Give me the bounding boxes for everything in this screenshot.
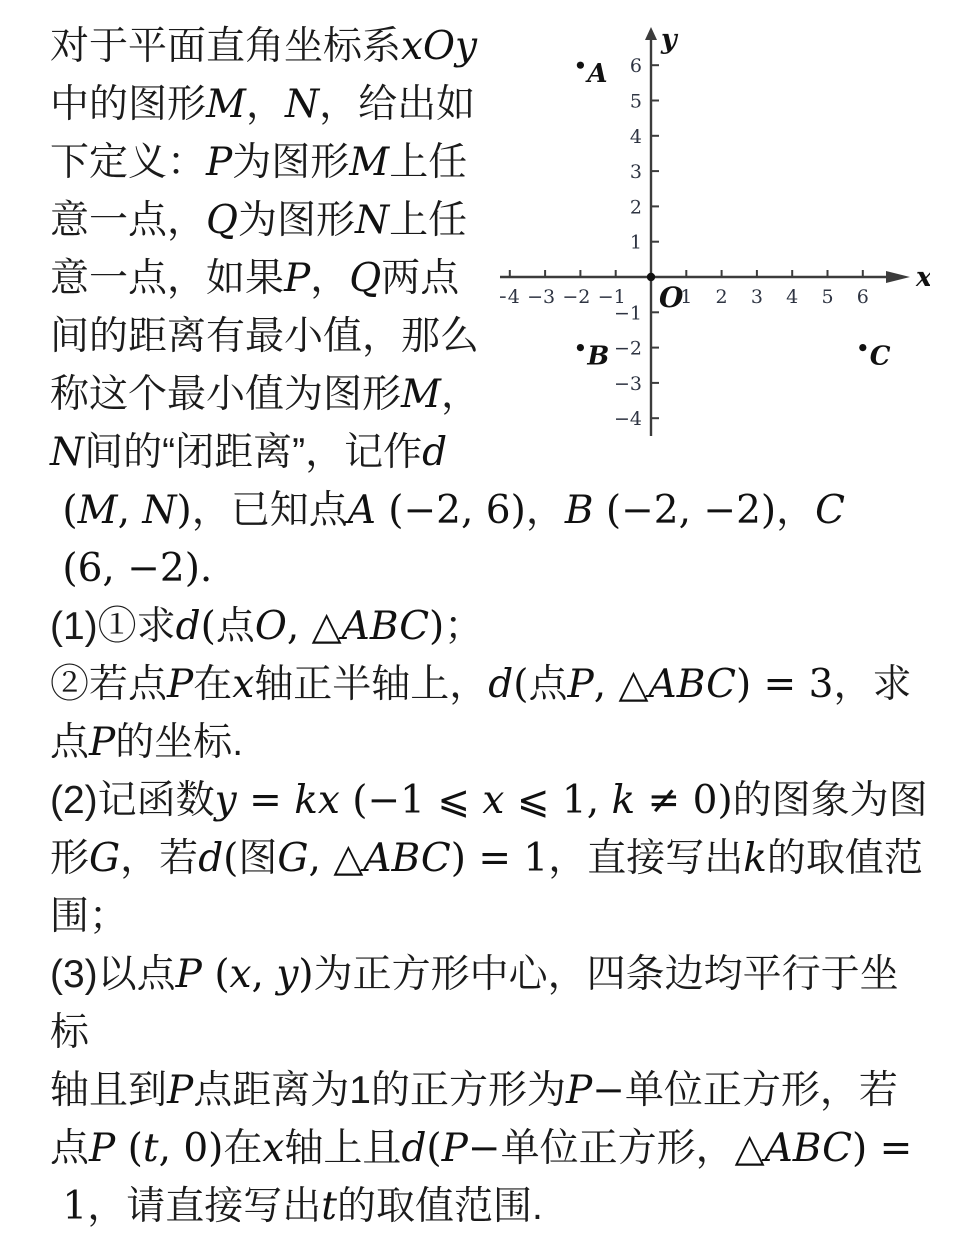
point-dot-B bbox=[577, 344, 584, 351]
y-tick-label-5: 5 bbox=[630, 91, 642, 113]
text-segment: = bbox=[237, 778, 294, 823]
text-segment: ， bbox=[441, 373, 480, 416]
y-axis-arrow bbox=[645, 27, 657, 40]
text-segment: ⩽ 1, bbox=[504, 778, 611, 823]
text-segment: Q bbox=[349, 256, 381, 301]
text-segment: P bbox=[89, 720, 115, 765]
text-segment: 下定义： bbox=[50, 141, 206, 184]
text-segment: ②若点 bbox=[50, 663, 167, 706]
text-segment: ，若 bbox=[120, 837, 198, 880]
text-segment: 两点 bbox=[381, 257, 459, 300]
text-segment: ≠ 0) bbox=[635, 778, 733, 823]
text-segment: , 0) bbox=[159, 1126, 224, 1171]
x-tick-label-4: 4 bbox=[786, 286, 798, 308]
text-segment: P bbox=[568, 662, 594, 707]
text-segment: , △ bbox=[309, 836, 364, 881]
text-segment: kx bbox=[294, 778, 340, 823]
problem-page: xyO−4−3−2−1123456−4−3−2−1123456ABC 对于平面直… bbox=[0, 0, 960, 1246]
text-segment: ， bbox=[776, 489, 815, 532]
text-segment: (3)以点 bbox=[50, 953, 176, 996]
text-segment: ( bbox=[115, 1126, 143, 1171]
text-line-11: (1)①求d(点O, △ABC)； bbox=[50, 598, 935, 656]
text-line-13: 点P的坐标. bbox=[50, 714, 935, 772]
text-segment: M bbox=[401, 372, 441, 417]
text-segment: ( bbox=[202, 952, 230, 997]
text-segment: , bbox=[252, 952, 277, 997]
text-segment: x bbox=[230, 952, 252, 997]
y-tick-label--4: −4 bbox=[614, 408, 642, 430]
text-segment: ，请直接写出 bbox=[87, 1185, 321, 1228]
text-segment: (6, −2). bbox=[50, 546, 212, 591]
text-line-17: (3)以点P (x, y)为正方形中心，四条边均平行于坐标 bbox=[50, 946, 935, 1062]
text-segment: ) = 1 bbox=[451, 836, 549, 881]
text-segment: 的图象为图 bbox=[733, 779, 928, 822]
text-segment: 1 bbox=[50, 1184, 87, 1229]
text-segment: P bbox=[167, 662, 193, 707]
text-segment: P bbox=[176, 952, 202, 997]
text-line-16: 围； bbox=[50, 888, 935, 946]
text-segment: 对于平面直角坐标系 bbox=[50, 25, 401, 68]
text-segment: , △ bbox=[287, 604, 342, 649]
text-segment: ( bbox=[50, 488, 78, 533]
point-label-B: B bbox=[586, 342, 609, 372]
text-segment: N bbox=[50, 430, 84, 475]
text-segment: d bbox=[401, 1126, 426, 1171]
text-segment: (−2, 6) bbox=[376, 488, 526, 533]
text-segment: △ bbox=[735, 1126, 765, 1171]
text-segment: N bbox=[142, 488, 176, 533]
text-segment: (2)记函数 bbox=[50, 779, 215, 822]
text-segment: 单位正方形， bbox=[501, 1127, 735, 1170]
text-segment: 形 bbox=[50, 837, 89, 880]
y-tick-label-4: 4 bbox=[630, 126, 642, 148]
y-tick-label-2: 2 bbox=[630, 196, 642, 218]
text-segment: 在 bbox=[193, 663, 232, 706]
text-segment: P bbox=[167, 1068, 193, 1113]
text-segment: P bbox=[206, 140, 232, 185]
text-segment: ，已知点 bbox=[192, 489, 348, 532]
text-segment: B bbox=[565, 488, 594, 533]
y-tick-label-3: 3 bbox=[630, 161, 642, 183]
x-axis-label: x bbox=[915, 262, 930, 293]
text-segment: − bbox=[592, 1068, 625, 1113]
text-segment: k bbox=[612, 778, 636, 823]
text-segment: k bbox=[743, 836, 767, 881]
text-segment: x bbox=[262, 1126, 284, 1171]
text-segment: 点 bbox=[50, 721, 89, 764]
text-segment: ，直接写出 bbox=[548, 837, 743, 880]
text-segment: 围； bbox=[50, 895, 128, 938]
x-tick-label-3: 3 bbox=[751, 286, 763, 308]
text-segment: d bbox=[422, 430, 447, 475]
text-segment: ABC bbox=[765, 1126, 852, 1171]
text-line-9: (M, N)，已知点A (−2, 6)，B (−2, −2)，C bbox=[50, 482, 935, 540]
text-segment: − bbox=[468, 1126, 501, 1171]
text-segment: 称这个最小值为图形 bbox=[50, 373, 401, 416]
text-segment: 中的图形 bbox=[50, 83, 206, 126]
origin-dot bbox=[647, 273, 655, 281]
text-line-14: (2)记函数y = kx (−1 ⩽ x ⩽ 1, k ≠ 0)的图象为图 bbox=[50, 772, 935, 830]
text-segment: 的取值范围. bbox=[337, 1185, 543, 1228]
text-segment: , bbox=[118, 488, 143, 533]
text-segment: 轴且到 bbox=[50, 1069, 167, 1112]
text-line-12: ②若点P在x轴正半轴上，d(点P, △ABC) = 3，求 bbox=[50, 656, 935, 714]
text-segment: xOy bbox=[401, 24, 477, 69]
x-axis-arrow bbox=[886, 271, 910, 283]
y-tick-label-1: 1 bbox=[630, 232, 642, 254]
text-segment: (−2, −2) bbox=[594, 488, 777, 533]
text-segment: 单位正方形，若 bbox=[625, 1069, 898, 1112]
text-segment: G bbox=[89, 836, 120, 881]
text-segment: 轴上且 bbox=[284, 1127, 401, 1170]
text-segment: ) bbox=[429, 604, 444, 649]
x-tick-label-6: 6 bbox=[857, 286, 869, 308]
text-segment: ， bbox=[526, 489, 565, 532]
text-segment: N bbox=[285, 82, 319, 127]
text-segment: ABC bbox=[649, 662, 736, 707]
text-segment: N bbox=[355, 198, 389, 243]
text-segment: y bbox=[276, 952, 298, 997]
point-dot-A bbox=[577, 62, 584, 69]
text-segment: ) bbox=[176, 488, 191, 533]
text-segment: P bbox=[284, 256, 310, 301]
text-segment: 点 bbox=[216, 605, 255, 648]
y-tick-label--1: −1 bbox=[614, 302, 642, 324]
x-tick-label--2: −2 bbox=[562, 286, 590, 308]
text-segment: 上任 bbox=[389, 199, 467, 242]
text-segment: 在 bbox=[223, 1127, 262, 1170]
text-segment: ，求 bbox=[833, 663, 911, 706]
text-line-10: (6, −2). bbox=[50, 540, 935, 598]
text-segment: C bbox=[815, 488, 845, 533]
text-segment: ； bbox=[444, 605, 483, 648]
text-segment: ( bbox=[426, 1126, 441, 1171]
text-segment: t bbox=[143, 1126, 159, 1171]
text-segment: M bbox=[78, 488, 118, 533]
text-segment: d bbox=[488, 662, 513, 707]
x-tick-label-5: 5 bbox=[821, 286, 833, 308]
text-segment: 点距离为1的正方形为 bbox=[193, 1069, 566, 1112]
point-label-C: C bbox=[870, 342, 891, 372]
text-segment: ABC bbox=[342, 604, 429, 649]
text-segment: 上任 bbox=[389, 141, 467, 184]
text-segment: 的坐标. bbox=[115, 721, 243, 764]
text-line-20: 1，请直接写出t的取值范围. bbox=[50, 1178, 935, 1236]
text-segment: x bbox=[482, 778, 504, 823]
point-label-A: A bbox=[584, 59, 607, 89]
text-segment: 为图形 bbox=[232, 141, 349, 184]
text-segment: ) bbox=[298, 952, 313, 997]
text-segment: P bbox=[566, 1068, 592, 1113]
text-segment: 图 bbox=[238, 837, 277, 880]
text-segment: ( bbox=[201, 604, 216, 649]
y-tick-label--3: −3 bbox=[614, 373, 642, 395]
text-segment: 间的距离有最小值，那么 bbox=[50, 315, 479, 358]
coordinate-graph: xyO−4−3−2−1123456−4−3−2−1123456ABC bbox=[490, 18, 935, 480]
x-tick-label-2: 2 bbox=[716, 286, 728, 308]
text-segment: P bbox=[442, 1126, 468, 1171]
text-segment: 点 bbox=[50, 1127, 89, 1170]
y-tick-label--2: −2 bbox=[614, 338, 642, 360]
y-tick-label-6: 6 bbox=[630, 55, 642, 77]
text-segment: ( bbox=[223, 836, 238, 881]
text-segment: x bbox=[232, 662, 254, 707]
text-segment: 轴正半轴上， bbox=[254, 663, 488, 706]
text-segment: ， bbox=[310, 257, 349, 300]
text-segment: (1)①求 bbox=[50, 605, 176, 648]
text-segment: P bbox=[89, 1126, 115, 1171]
point-dot-C bbox=[859, 344, 866, 351]
text-segment: d bbox=[198, 836, 223, 881]
text-line-18: 轴且到P点距离为1的正方形为P−单位正方形，若 bbox=[50, 1062, 935, 1120]
text-segment: 间的“闭距离”，记作 bbox=[84, 431, 422, 474]
text-segment: G bbox=[277, 836, 308, 881]
text-segment: 意一点， bbox=[50, 199, 206, 242]
x-tick-label--3: −3 bbox=[527, 286, 555, 308]
text-segment: d bbox=[176, 604, 201, 649]
text-segment: y bbox=[215, 778, 237, 823]
text-segment: O bbox=[255, 604, 287, 649]
text-segment: , △ bbox=[594, 662, 649, 707]
text-segment: 为图形 bbox=[238, 199, 355, 242]
text-line-15: 形G，若d(图G, △ABC) = 1，直接写出k的取值范 bbox=[50, 830, 935, 888]
text-segment: ) = bbox=[852, 1126, 912, 1171]
x-tick-label--4: −4 bbox=[500, 286, 520, 308]
text-segment: Q bbox=[206, 198, 238, 243]
text-segment: ( bbox=[513, 662, 528, 707]
coordinate-plane: xyO−4−3−2−1123456−4−3−2−1123456ABC bbox=[500, 22, 930, 452]
text-segment: (−1 ⩽ bbox=[340, 778, 483, 823]
text-segment: 点 bbox=[528, 663, 567, 706]
text-segment: ) = 3 bbox=[736, 662, 834, 707]
text-segment: ABC bbox=[363, 836, 450, 881]
y-axis-label: y bbox=[660, 24, 679, 55]
text-segment: ， bbox=[246, 83, 285, 126]
x-tick-label-1: 1 bbox=[680, 286, 692, 308]
text-segment: 意一点，如果 bbox=[50, 257, 284, 300]
text-segment: M bbox=[206, 82, 246, 127]
text-segment: M bbox=[349, 140, 389, 185]
text-line-19: 点P (t, 0)在x轴上且d(P−单位正方形，△ABC) = bbox=[50, 1120, 935, 1178]
text-segment: 的取值范 bbox=[767, 837, 923, 880]
text-segment: A bbox=[348, 488, 376, 533]
text-segment: t bbox=[321, 1184, 337, 1229]
text-segment: ，给出如 bbox=[319, 83, 475, 126]
